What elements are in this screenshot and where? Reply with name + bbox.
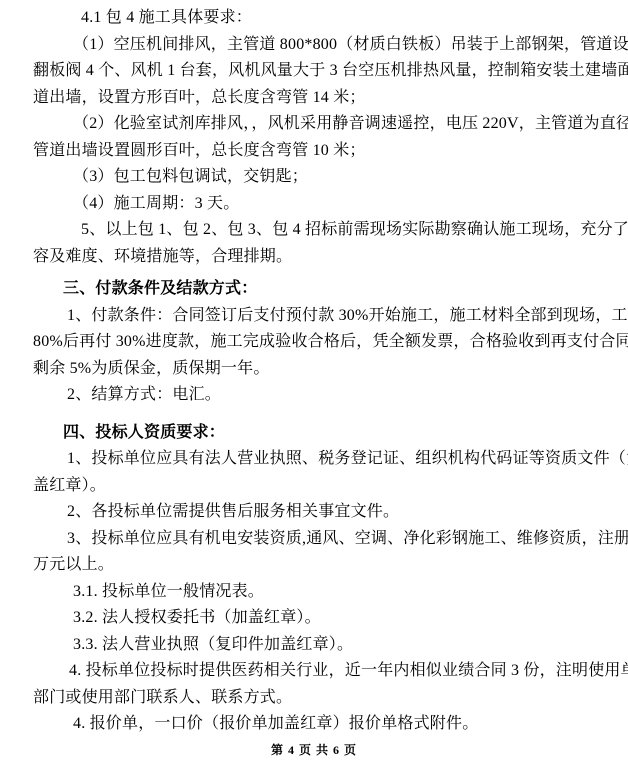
qualification-item-4-line-2: 部门或使用部门联系人、联系方式。 (33, 685, 595, 712)
clause-5-line-1: 5、以上包 1、包 2、包 3、包 4 招标前需现场实际勘察确认施工现场，充分了… (33, 217, 595, 244)
qualification-item-1-line-1: 1、投标单位应具有法人营业执照、税务登记证、组织机构代码证等资质文件（复印件加 (33, 446, 595, 473)
page-number-footer: 第 4 页 共 6 页 (33, 740, 595, 760)
quotation-item: 4. 报价单，一口价（报价单加盖红章）报价单格式附件。 (33, 711, 595, 738)
section-heading-payment: 三、付款条件及结款方式： (33, 276, 595, 303)
clause-item-1-line-2: 翻板阀 4 个、风机 1 台套，风机风量大于 3 台空压机排热风量，控制箱安装土… (33, 58, 595, 85)
clause-5-line-2: 容及难度、环境措施等，合理排期。 (33, 244, 595, 271)
qualification-item-3-3: 3.3. 法人营业执照（复印件加盖红章）。 (33, 632, 595, 659)
section-heading-qualification: 四、投标人资质要求： (33, 420, 595, 447)
qualification-item-3-2: 3.2. 法人授权委托书（加盖红章）。 (33, 605, 595, 632)
qualification-item-4-line-1: 4. 投标单位投标时提供医药相关行业，近一年内相似业绩合同 3 份，注明使用单位… (33, 658, 595, 685)
document-page: 4.1 包 4 施工具体要求： （1）空压机间排风，主管道 800*800（材质… (0, 0, 628, 762)
qualification-item-3-line-2: 万元以上。 (33, 552, 595, 579)
clause-item-1-line-3: 道出墙，设置方形百叶，总长度含弯管 14 米； (33, 85, 595, 112)
qualification-item-3-line-1: 3、投标单位应具有机电安装资质,通风、空调、净化彩钢施工、维修资质，注册资金 5… (33, 526, 595, 553)
qualification-item-3-1: 3.1. 投标单位一般情况表。 (33, 579, 595, 606)
payment-item-2: 2、结算方式：电汇。 (33, 382, 595, 409)
clause-item-1-line-1: （1）空压机间排风，主管道 800*800（材质白铁板）吊装于上部钢架，管道设置… (33, 32, 595, 59)
clause-item-3: （3）包工包料包调试，交钥匙； (33, 164, 595, 191)
qualification-item-1-line-2: 盖红章）。 (33, 473, 595, 500)
clause-4-1-heading: 4.1 包 4 施工具体要求： (33, 5, 595, 32)
payment-item-1-line-3: 剩余 5%为质保金，质保期一年。 (33, 356, 595, 383)
qualification-item-2: 2、各投标单位需提供售后服务相关事宜文件。 (33, 499, 595, 526)
clause-item-4: （4）施工周期：3 天。 (33, 191, 595, 218)
clause-item-2-line-1: （2）化验室试剂库排风，，风机采用静音调速遥控，电压 220V，主管道为直径 1… (33, 111, 595, 138)
payment-item-1-line-2: 80%后再付 30%进度款，施工完成验收合格后，凭全额发票，合格验收到再支付合同… (33, 329, 595, 356)
clause-item-2-line-2: 管道出墙设置圆形百叶，总长度含弯管 10 米； (33, 138, 595, 165)
payment-item-1-line-1: 1、付款条件：合同签订后支付预付款 30%开始施工，施工材料全部到现场，工程量超… (33, 303, 595, 330)
